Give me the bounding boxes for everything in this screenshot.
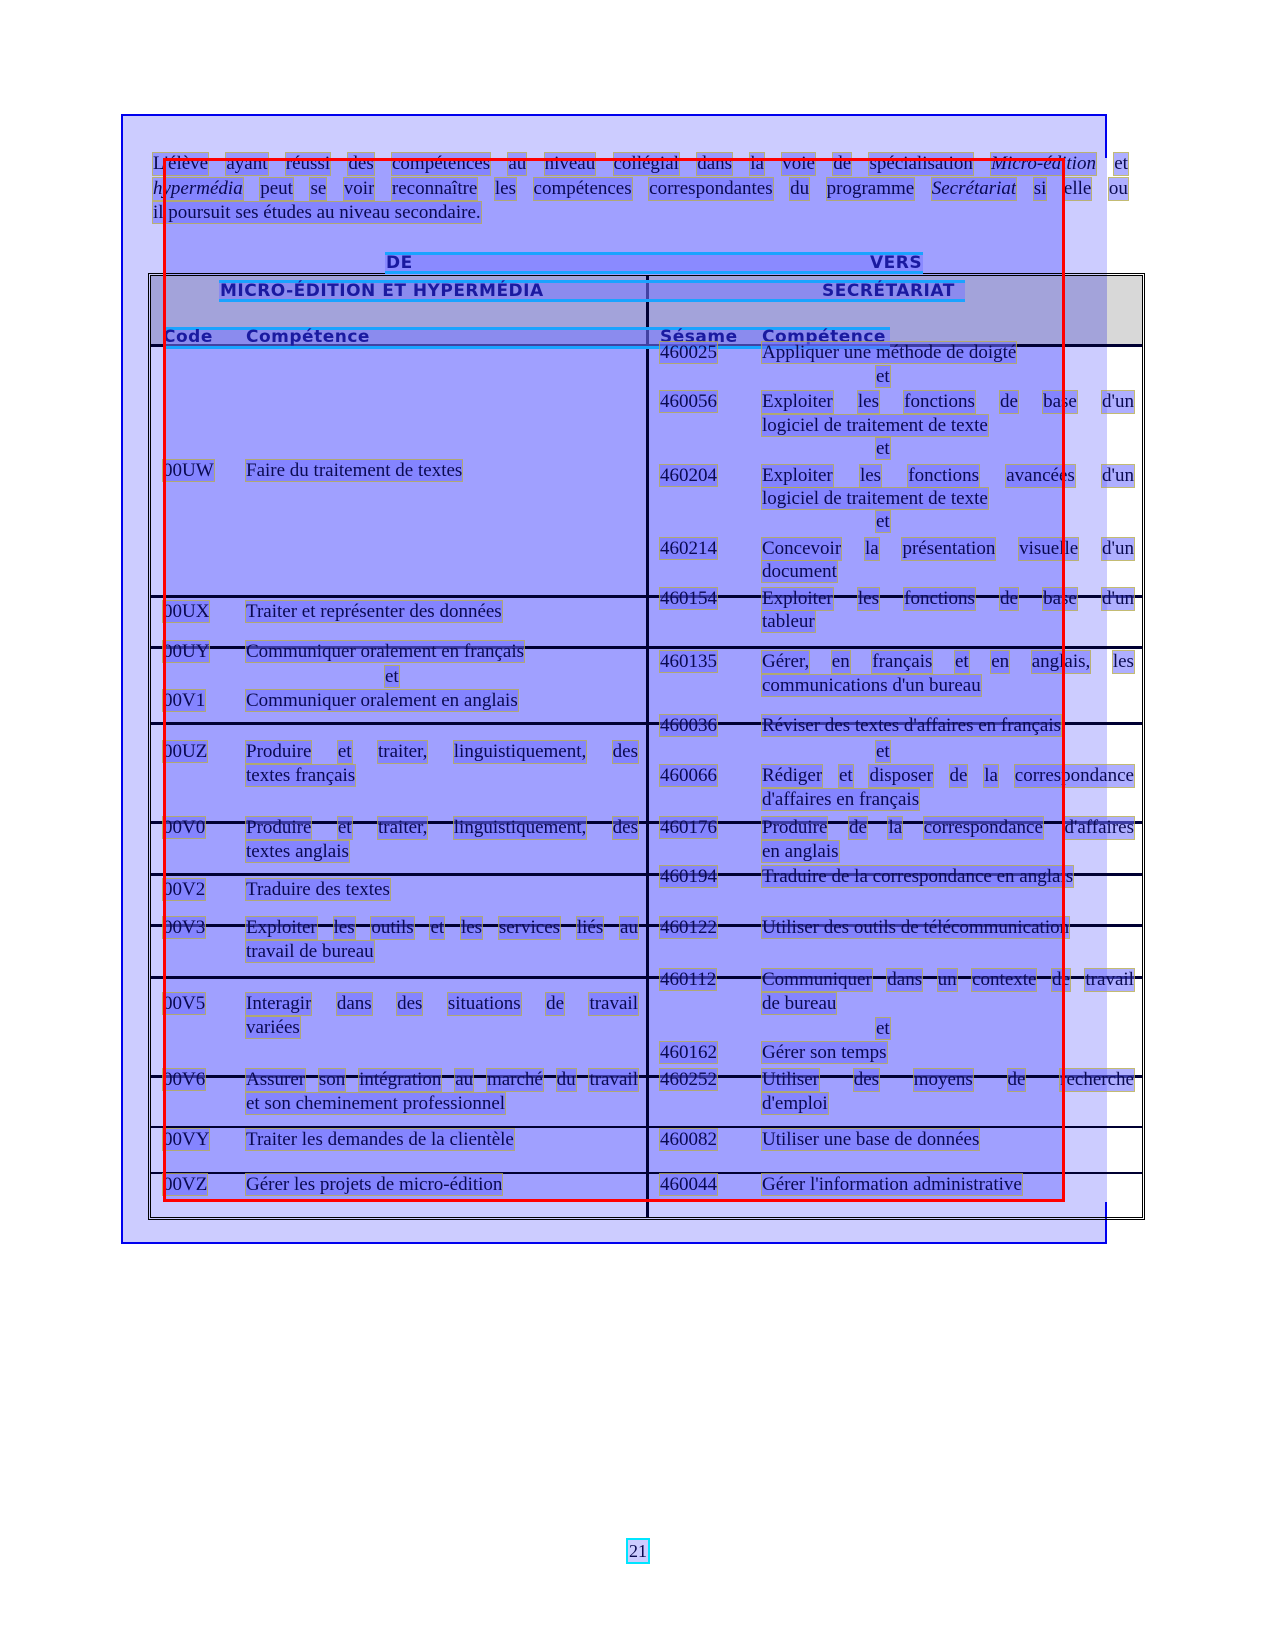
word: ayant [226, 153, 267, 175]
word: réussi [286, 153, 330, 175]
word: les [495, 178, 516, 200]
word: peut [260, 178, 293, 200]
word: niveau [545, 153, 596, 175]
left-code: 00UX [163, 601, 209, 623]
from-program-title: MICRO-ÉDITION ET HYPERMÉDIA [220, 280, 544, 302]
right-competence: Exploiterlesfonctionsdebased'un [762, 391, 1134, 413]
left-code: 00VY [163, 1129, 209, 1151]
right-competence: Gérer son temps [762, 1042, 887, 1064]
conjunction-et: et [385, 666, 399, 688]
left-competence: et son cheminement professionnel [246, 1093, 505, 1115]
left-code: 00VZ [163, 1174, 207, 1196]
word: voir [344, 178, 375, 200]
word: programme [827, 178, 915, 200]
left-competence: textes français [246, 765, 355, 787]
right-code: 460162 [660, 1042, 717, 1064]
right-code: 460112 [660, 969, 716, 991]
right-competence: logiciel de traitement de texte [762, 415, 988, 437]
right-code: 460154 [660, 588, 717, 610]
right-code: 460176 [660, 817, 717, 839]
right-code: 460025 [660, 342, 717, 364]
to-label: VERS [870, 252, 922, 274]
conjunction-et: et [876, 741, 890, 763]
word: dans [697, 153, 732, 175]
right-competence: Appliquer une méthode de doigté [762, 342, 1016, 364]
right-competence: Gérer,enfrançaisetenanglais,les [762, 651, 1134, 673]
left-competence: Communiquer oralement en anglais [246, 690, 518, 712]
left-competence: textes anglais [246, 841, 349, 863]
right-code: 460252 [660, 1069, 717, 1091]
page-number: 21 [628, 1540, 648, 1562]
from-label: DE [386, 252, 413, 274]
left-code: 00V3 [163, 917, 205, 939]
right-code: 460122 [660, 917, 717, 939]
right-competence: Gérer l'information administrative [762, 1174, 1022, 1196]
right-competence: tableur [762, 611, 815, 633]
word: et [1114, 153, 1128, 175]
right-competence: Exploiterlesfonctionsavancéesd'un [762, 465, 1134, 487]
word: elle [1064, 178, 1091, 200]
left-competence: Gérer les projets de micro-édition [246, 1174, 502, 1196]
word: des [348, 153, 373, 175]
right-code: 460214 [660, 538, 717, 560]
right-code: 460066 [660, 765, 717, 787]
word: Micro-édition [991, 153, 1096, 175]
right-competence: Réviser des textes d'affaires en françai… [762, 715, 1061, 737]
right-code: 460204 [660, 465, 717, 487]
right-code: 460044 [660, 1174, 717, 1196]
left-code: 00V1 [163, 690, 205, 712]
left-code: 00V2 [163, 879, 205, 901]
left-competence: Traduire des textes [246, 879, 390, 901]
word: spécialisation [869, 153, 972, 175]
conjunction-et: et [876, 511, 890, 533]
word: la [750, 153, 764, 175]
left-competence: Faire du traitement de textes [246, 460, 462, 482]
right-competence: de bureau [762, 993, 836, 1015]
left-competence: Interagirdansdessituationsdetravail [246, 993, 638, 1015]
right-competence: Produiredelacorrespondanced'affaires [762, 817, 1134, 839]
word: compétences [392, 153, 490, 175]
word: de [833, 153, 851, 175]
right-competence: en anglais [762, 841, 839, 863]
left-competence: Traiter et représenter des données [246, 601, 502, 623]
word: compétences [534, 178, 632, 200]
conjunction-et: et [876, 1018, 890, 1040]
right-code: 460194 [660, 866, 717, 888]
word: collégial [614, 153, 679, 175]
left-competence: Traiter les demandes de la clientèle [246, 1129, 514, 1151]
right-code: 460036 [660, 715, 717, 737]
right-competence: communications d'un bureau [762, 675, 981, 697]
left-code: 00V6 [163, 1069, 205, 1091]
column-header-code: Code [163, 326, 213, 348]
right-competence: Communiquerdansuncontextedetravail [762, 969, 1134, 991]
right-competence: Concevoirlaprésentationvisuelled'un [762, 538, 1134, 560]
word: voie [782, 153, 815, 175]
right-competence: Utiliser des outils de télécommunication [762, 917, 1069, 939]
intro-paragraph-line-2: hypermédiapeutsevoirreconnaîtrelescompét… [153, 178, 1128, 200]
intro-paragraph-line-3: il poursuit ses études au niveau seconda… [153, 202, 481, 224]
column-header-competence-left: Compétence [246, 326, 370, 348]
left-code: 00UY [163, 641, 209, 663]
right-competence: document [762, 561, 837, 583]
right-code: 460056 [660, 391, 717, 413]
left-competence: Exploiterlesoutilsetlesservicesliésau [246, 917, 638, 939]
left-code: 00V5 [163, 993, 205, 1015]
from-to-band [385, 252, 923, 274]
right-competence: Traduire de la correspondance en anglais [762, 866, 1073, 888]
left-competence: Communiquer oralement en français [246, 641, 524, 663]
word: hypermédia [153, 178, 243, 200]
right-competence: Utiliserdesmoyensderecherche [762, 1069, 1134, 1091]
row-separator [151, 1126, 1142, 1128]
right-competence: Exploiterlesfonctionsdebased'un [762, 588, 1134, 610]
intro-paragraph-line-1: L'élèveayantréussidescompétencesauniveau… [153, 153, 1128, 175]
right-competence: Utiliser une base de données [762, 1129, 979, 1151]
word: Secrétariat [932, 178, 1016, 200]
word: au [508, 153, 526, 175]
word: reconnaître [392, 178, 477, 200]
left-code: 00UZ [163, 741, 207, 763]
left-competence: Produireettraiter,linguistiquement,des [246, 817, 638, 839]
left-competence: Produireettraiter,linguistiquement,des [246, 741, 638, 763]
to-program-title: SECRÉTARIAT [822, 280, 955, 302]
left-competence: Assurersonintégrationaumarchédutravail [246, 1069, 638, 1091]
word: correspondantes [649, 178, 772, 200]
conjunction-et: et [876, 438, 890, 460]
left-competence: travail de bureau [246, 941, 374, 963]
left-competence: variées [246, 1017, 300, 1039]
word: du [790, 178, 809, 200]
word: si [1034, 178, 1047, 200]
right-competence: Rédigeretdisposerdelacorrespondance [762, 765, 1134, 787]
word: se [310, 178, 326, 200]
right-competence: d'affaires en français [762, 789, 919, 811]
right-code: 460082 [660, 1129, 717, 1151]
right-code: 460135 [660, 651, 717, 673]
left-code: 00V0 [163, 817, 205, 839]
word: L'élève [153, 153, 208, 175]
left-code: 00UW [163, 460, 214, 482]
conjunction-et: et [876, 366, 890, 388]
word: ou [1109, 178, 1128, 200]
right-competence: d'emploi [762, 1093, 828, 1115]
right-competence: logiciel de traitement de texte [762, 488, 988, 510]
